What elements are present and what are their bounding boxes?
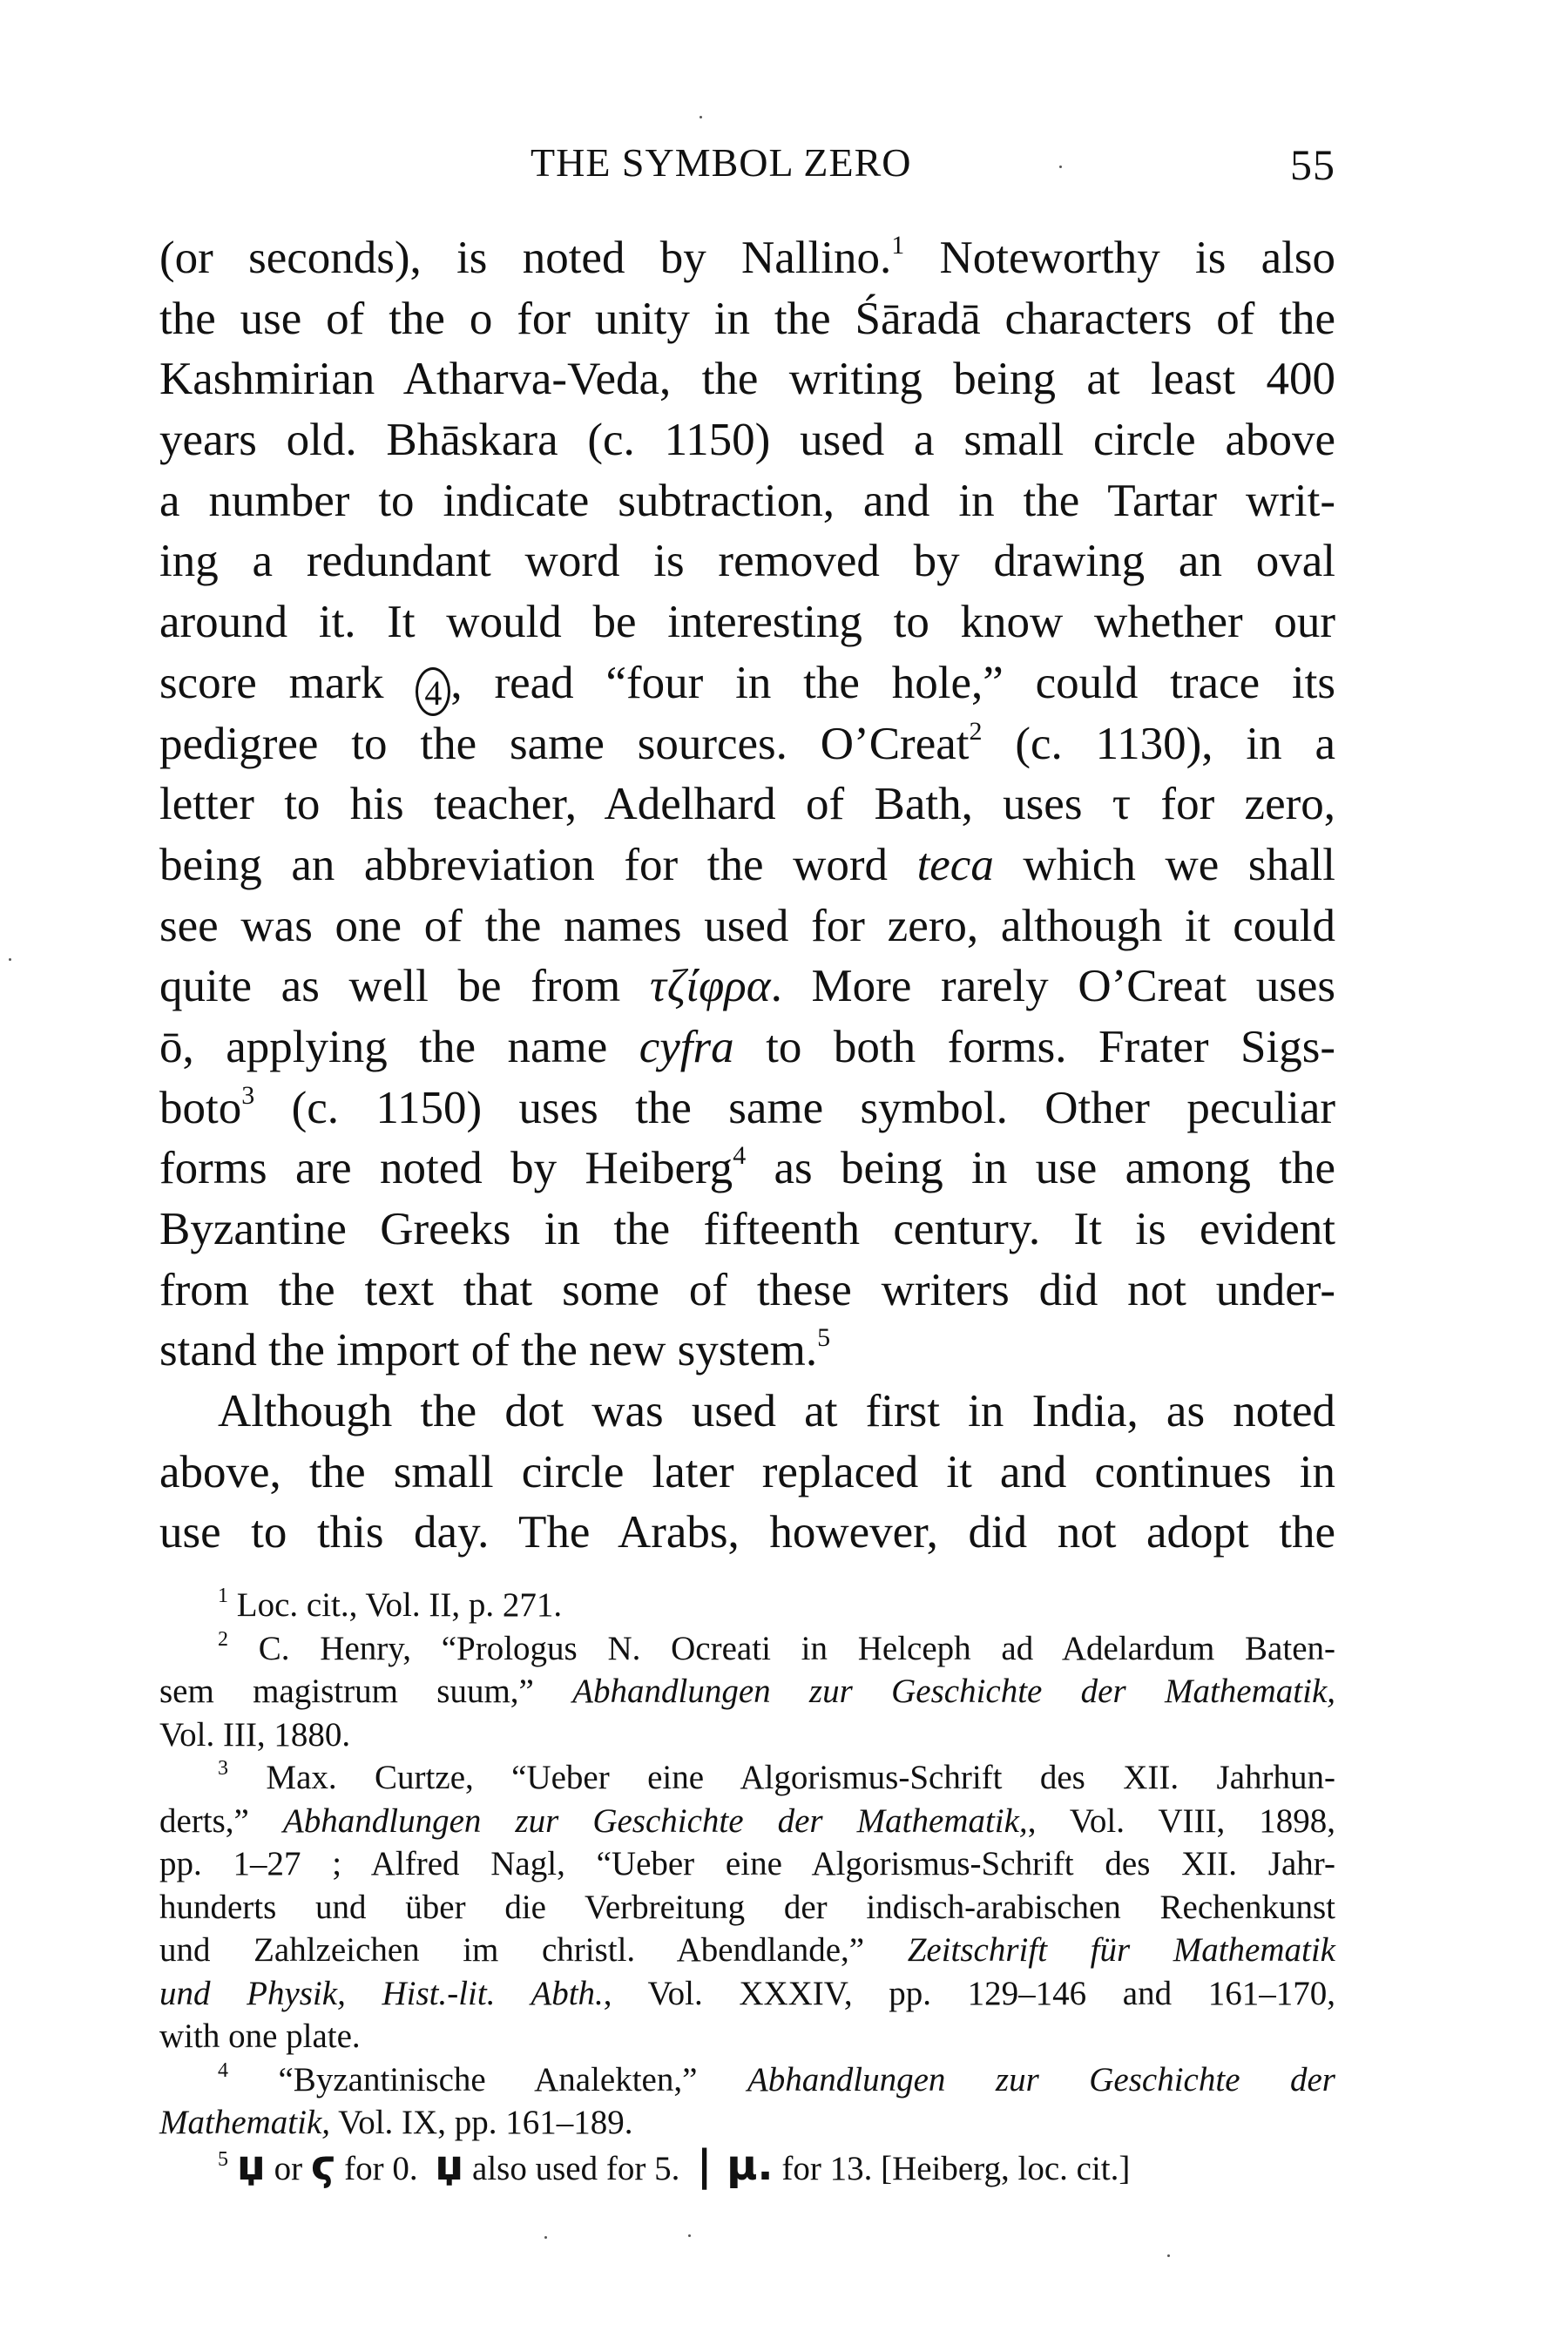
footnote-ref-5[interactable]: 5 [817,1323,830,1352]
footnote-ref-2[interactable]: 2 [969,717,982,746]
text-line: around it. It would be interesting to kn… [159,592,1335,653]
footnote-marker: 3 [218,1757,228,1780]
text-run: as being in use among the [746,1143,1335,1193]
text-line: pedigree to the same sources. O’Creat2 (… [159,714,1335,775]
journal-title: Abhandlungen zur Geschichte der Mathemat… [572,1673,1335,1710]
text-run: (c. 1150) uses the same symbol. Other pe… [254,1083,1335,1133]
text-run: pedigree to the same sources. O’Creat [159,719,969,769]
text-line: being an abbreviation for the word teca … [159,835,1335,896]
footnote-text: “Byzantinische Analekten,” [279,2061,698,2099]
footnote-text: for 13. [Heiberg, loc. cit.] [781,2150,1130,2187]
scan-speck [544,2236,547,2239]
scan-speck [688,2234,691,2237]
italic-term: cyfra [639,1022,734,1072]
circled-four-symbol: 4 [416,667,450,716]
text-run: (or seconds), is noted by Nallino. [159,233,891,283]
text-run: to both forms. Frater Sigs- [734,1022,1335,1072]
footnote-text: Max. Curtze, “Ueber eine Algorismus-Schr… [266,1759,1335,1796]
greek-term: τζίφρα [650,961,771,1011]
footnote-text: , Vol. XXXIV, pp. 129–146 and 161–170, [604,1975,1335,2012]
italic-term: teca [917,840,994,890]
footnote-text: und Zahlzeichen im christl. Abendlande,” [159,1931,864,1969]
footnote-ref-3[interactable]: 3 [241,1081,254,1110]
text-line: Kashmirian Atharva-Veda, the writing bei… [159,349,1335,410]
book-page: THE SYMBOL ZERO 55 (or seconds), is note… [0,0,1568,2352]
byzantine-five-glyph: џ [435,2141,463,2190]
byzantine-zero-glyph-b: ϛ [311,2141,335,2190]
footnote-2: 2 C. Henry, “Prologus N. Ocreati in Helc… [159,1627,1335,1671]
scan-speck [1167,2254,1170,2257]
text-run: , read “four in the hole,” could trace i… [450,658,1335,708]
journal-title: Mathematik, [159,2104,330,2141]
journal-title: Zeitschrift für Mathematik [908,1931,1335,1969]
byzantine-thirteen-glyph: | μ. [697,2141,774,2190]
journal-title: und Physik, Hist.-lit. Abth. [159,1975,604,2012]
paragraph-start-line: Although the dot was used at first in In… [159,1382,1335,1443]
text-line: use to this day. The Arabs, however, did… [159,1503,1335,1564]
text-line: above, the small circle later replaced i… [159,1443,1335,1504]
text-line: (or seconds), is noted by Nallino.1 Note… [159,228,1335,289]
footnote-text: or [274,2150,303,2187]
footnote-3-cont: with one plate. [159,2015,1335,2058]
text-line: a number to indicate subtraction, and in… [159,471,1335,532]
scan-speck [1059,166,1062,168]
page-number: 55 [1290,139,1335,190]
scan-speck [700,116,702,118]
footnote-marker: 5 [218,2148,228,2171]
footnote-3: 3 Max. Curtze, “Ueber eine Algorismus-Sc… [159,1756,1335,1800]
footnote-ref-4[interactable]: 4 [733,1141,746,1170]
text-line: from the text that some of these writers… [159,1260,1335,1321]
footnote-3-cont: und Physik, Hist.-lit. Abth., Vol. XXXIV… [159,1972,1335,2016]
text-run: Noteworthy is also [904,233,1335,283]
journal-title: Abhandlungen zur Geschichte der Mathemat… [283,1802,1028,1840]
footnote-text: Vol. IX, pp. 161–189. [330,2104,632,2141]
journal-title: Abhandlungen zur Geschichte der [747,2061,1335,2099]
text-line: stand the import of the new system.5 [159,1321,1335,1382]
text-line: forms are noted by Heiberg4 as being in … [159,1139,1335,1200]
text-run: which we shall [994,840,1335,890]
text-run: forms are noted by Heiberg [159,1143,733,1193]
text-line: letter to his teacher, Adelhard of Bath,… [159,774,1335,835]
text-run: stand the import of the new system. [159,1325,817,1375]
text-run: ō, applying the name [159,1022,639,1072]
footnote-text: sem magistrum suum,” [159,1673,534,1710]
text-run: boto [159,1083,241,1133]
footnote-1: 1 Loc. cit., Vol. II, p. 271. [159,1584,1335,1627]
footnote-text: C. Henry, “Prologus N. Ocreati in Helcep… [259,1630,1335,1667]
footnotes: 1 Loc. cit., Vol. II, p. 271. 2 C. Henry… [159,1584,1335,2187]
text-line: Byzantine Greeks in the fifteenth centur… [159,1200,1335,1260]
text-run: being an abbreviation for the word [159,840,917,890]
running-head: THE SYMBOL ZERO 55 [159,139,1335,188]
footnote-3-cont: pp. 1–27 ; Alfred Nagl, “Ueber eine Algo… [159,1842,1335,1886]
text-line: years old. Bhāskara (c. 1150) used a sma… [159,410,1335,471]
text-line: the use of the o for unity in the Śāradā… [159,289,1335,350]
footnote-text: , Vol. VIII, 1898, [1028,1802,1335,1840]
footnote-text: for 0. [344,2150,417,2187]
footnote-text: also used for 5. [472,2150,679,2187]
footnote-3-cont: und Zahlzeichen im christl. Abendlande,”… [159,1929,1335,1972]
footnote-marker: 2 [218,1628,228,1651]
text-line: see was one of the names used for zero, … [159,896,1335,957]
footnote-marker: 1 [218,1585,228,1607]
text-line: quite as well be from τζίφρα. More rarel… [159,956,1335,1017]
footnote-text: derts,” [159,1802,249,1840]
text-line: boto3 (c. 1150) uses the same symbol. Ot… [159,1078,1335,1139]
text-run: . More rarely O’Creat uses [771,961,1335,1011]
footnote-marker: 4 [218,2059,228,2082]
footnote-4: 4 “Byzantinische Analekten,” Abhandlunge… [159,2058,1335,2102]
text-run: score mark [159,658,416,708]
footnote-2-cont: sem magistrum suum,” Abhandlungen zur Ge… [159,1670,1335,1713]
footnote-5: 5 џ or ϛ for 0. џ also used for 5. | μ. … [159,2145,1335,2188]
footnote-4-cont: Mathematik, Vol. IX, pp. 161–189. [159,2101,1335,2145]
text-run: quite as well be from [159,961,650,1011]
text-line: ō, applying the name cyfra to both forms… [159,1017,1335,1078]
footnote-2-cont: Vol. III, 1880. [159,1713,1335,1757]
footnote-3-cont: hunderts und über die Verbreitung der in… [159,1886,1335,1930]
text-line: ing a redundant word is removed by drawi… [159,531,1335,592]
scan-speck [9,958,11,961]
byzantine-zero-glyph-a: џ [237,2141,266,2190]
running-title: THE SYMBOL ZERO [531,139,912,186]
main-text: (or seconds), is noted by Nallino.1 Note… [159,228,1335,1564]
text-line: score mark 4, read “four in the hole,” c… [159,653,1335,714]
text-run: (c. 1130), in a [982,719,1335,769]
footnote-3-cont: derts,” Abhandlungen zur Geschichte der … [159,1800,1335,1843]
footnote-text: Loc. cit., Vol. II, p. 271. [237,1586,562,1624]
footnote-ref-1[interactable]: 1 [891,231,904,260]
